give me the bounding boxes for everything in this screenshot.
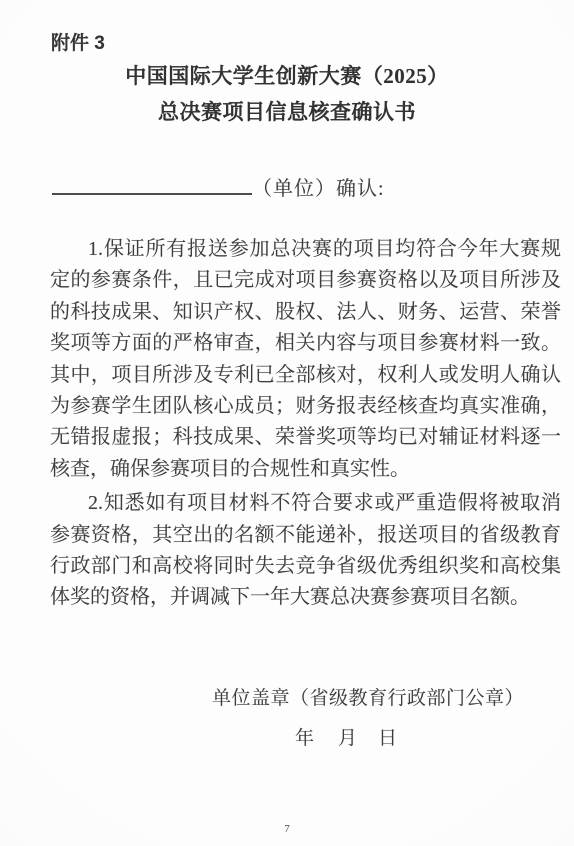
unit-confirm-line: （单位）确认: xyxy=(52,172,385,201)
paragraph-1: 1.保证所有报送参加总决赛的项目均符合今年大赛规定的参赛条件，且已完成对项目参赛… xyxy=(50,234,561,485)
page-number: 7 xyxy=(0,823,574,835)
confirm-label: （单位）确认: xyxy=(252,178,385,200)
stamp-caption: 单位盖章（省级教育行政部门公章） xyxy=(212,683,524,710)
paragraph-2: 2.知悉如有项目材料不符合要求或严重造假将被取消参赛资格，其空出的名额不能递补，… xyxy=(50,488,561,614)
unit-name-blank xyxy=(52,176,252,195)
document-title-line2: 总决赛项目信息核查确认书 xyxy=(0,96,574,126)
document-body: 1.保证所有报送参加总决赛的项目均符合今年大赛规定的参赛条件，且已完成对项目参赛… xyxy=(50,234,561,614)
document-title-line1: 中国国际大学生创新大赛（2025） xyxy=(0,60,574,90)
document-page: 附件 3 中国国际大学生创新大赛（2025） 总决赛项目信息核查确认书 （单位）… xyxy=(0,0,574,846)
day-label: 日 xyxy=(378,728,397,749)
month-label: 月 xyxy=(338,728,357,749)
year-label: 年 xyxy=(295,728,314,749)
attachment-label: 附件 3 xyxy=(51,28,105,55)
date-line: 年月日 xyxy=(295,723,397,750)
